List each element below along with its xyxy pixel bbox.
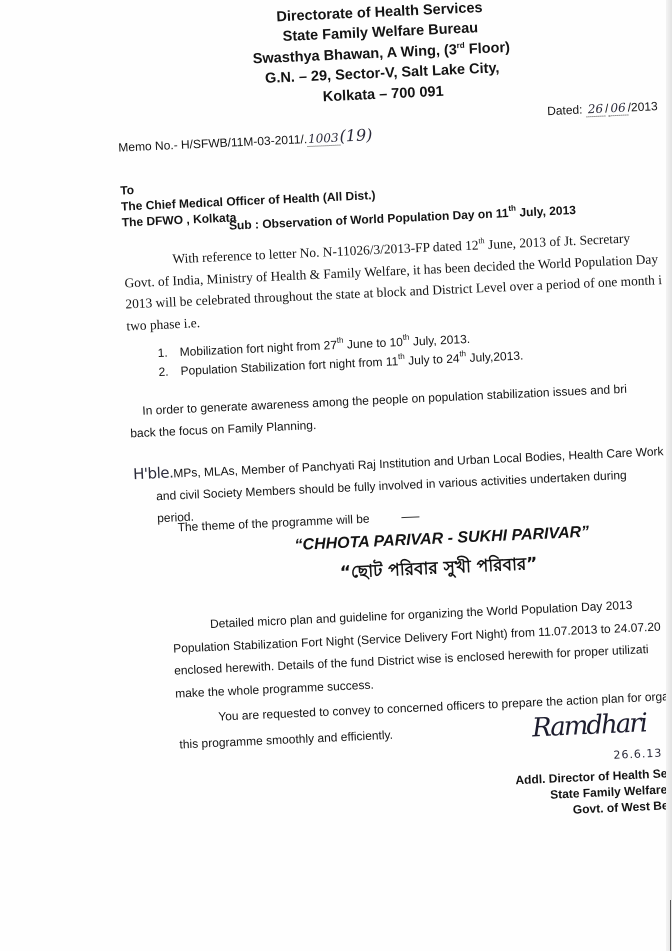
letter-sheet: Government of West Bengal Directorate of…	[0, 0, 672, 951]
memo-label: Memo No.- H/SFWB/11M-03-2011/.	[118, 132, 307, 155]
dated-year: /2013	[627, 99, 658, 114]
memo-handwritten-suffix: (19)	[339, 125, 373, 145]
phase-text-end: July, 2013.	[409, 332, 470, 349]
handwritten-hble: H'ble.	[133, 463, 174, 483]
theme-dash	[402, 517, 420, 519]
awareness-paragraph: In order to generate awareness among the…	[142, 378, 628, 444]
phase-list: 1.Mobilization fort night from 27th June…	[157, 328, 523, 383]
dated-label: Dated:	[547, 102, 586, 118]
phase-number: 2.	[158, 362, 181, 382]
date-line: Dated: 26/06/2013	[547, 99, 658, 118]
dated-day: 26	[585, 102, 605, 118]
phase-text-end: July,2013.	[466, 348, 524, 365]
letterhead: Government of West Bengal Directorate of…	[243, 0, 518, 111]
signatory-block: Addl. Director of Health Services State …	[515, 764, 672, 821]
dated-month: 06	[608, 100, 628, 116]
scanned-letter-page: Government of West Bengal Directorate of…	[0, 0, 672, 951]
handwritten-signature: Ramdhari	[531, 708, 646, 743]
slogan-english: “CHHOTA PARIVAR - SUKHI PARIVAR”	[294, 524, 589, 555]
reference-paragraph: With reference to letter No. N-11026/3/2…	[123, 226, 663, 336]
memo-number: Memo No.- H/SFWB/11M-03-2011/.1003(19)	[118, 125, 373, 156]
scan-edge-shadow	[666, 0, 672, 951]
phase-text-mid: June to 10	[343, 335, 403, 352]
building-floor: Floor)	[464, 39, 510, 57]
signature-date: 26.6.13	[613, 747, 663, 762]
phase-number: 1.	[157, 343, 180, 363]
memo-handwritten-number: 1003	[307, 131, 340, 147]
scan-edge-line	[670, 900, 671, 951]
phase-text-mid: July to 24	[405, 351, 460, 367]
slogan-bengali: “ছোট পরিবার সুখী পরিবার”	[339, 551, 538, 588]
reference-line-1-end: June, 2013 of Jt. Secretary	[484, 231, 630, 253]
subject-date: July, 2013	[516, 203, 576, 220]
